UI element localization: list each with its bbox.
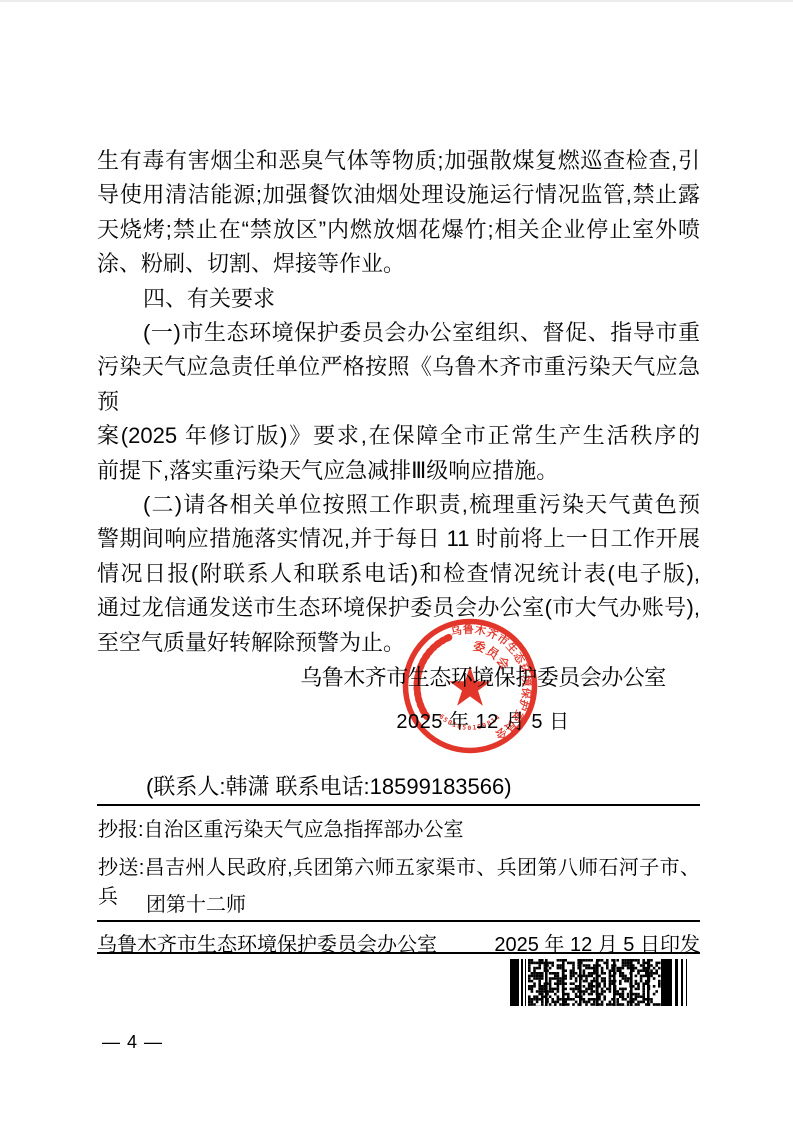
signature-org: 乌鲁木齐市生态环境保护委员会办公室 [297, 661, 669, 692]
chaobao-line: 抄报:自治区重污染天气应急指挥部办公室 [98, 813, 700, 842]
signature-date: 2025 年 12 月 5 日 [297, 705, 669, 734]
page-number: — 4 — [102, 1032, 163, 1053]
page-top-edge [0, 0, 793, 2]
document-body: 生有毒有害烟尘和恶臭气体等物质;加强散煤复燃巡查检查,引 导使用清洁能源;加强餐… [97, 144, 700, 660]
body-line: (一)市生态环境保护委员会办公室组织、督促、指导市重 [97, 316, 700, 350]
body-line: 警期间响应措施落实情况,并于每日 11 时前将上一日工作开展 [97, 522, 700, 556]
body-line: 污染天气应急责任单位严格按照《乌鲁木齐市重污染天气应急预 [97, 350, 700, 419]
body-line: 通过龙信通发送市生态环境保护委员会办公室(市大气办账号), [97, 591, 700, 625]
body-line: 天烧烤;禁止在“禁放区”内燃放烟花爆竹;相关企业停止室外喷 [97, 213, 700, 247]
body-line: 涂、粉刷、切割、焊接等作业。 [97, 247, 700, 281]
barcode [510, 959, 692, 1006]
chaosong-line-continued: 团第十二师 [146, 888, 748, 917]
divider-rule-bottom [97, 952, 700, 954]
barcode-graphic [510, 959, 692, 1006]
body-line: (二)请各相关单位按照工作职责,梳理重污染天气黄色预 [97, 488, 700, 522]
body-line: 前提下,落实重污染天气应急减排Ⅲ级响应措施。 [97, 454, 700, 488]
body-line: 导使用清洁能源;加强餐饮油烟处理设施运行情况监管,禁止露 [97, 178, 700, 212]
body-line: 生有毒有害烟尘和恶臭气体等物质;加强散煤复燃巡查检查,引 [97, 144, 700, 178]
body-line-section-heading: 四、有关要求 [97, 282, 700, 316]
body-line: 案(2025 年修订版)》要求,在保障全市正常生产生活秩序的 [97, 419, 700, 453]
body-line: 情况日报(附联系人和联系电话)和检查情况统计表(电子版), [97, 557, 700, 591]
divider-rule-top [97, 804, 700, 806]
contact-line: (联系人:韩潇 联系电话:18599183566) [146, 770, 512, 801]
divider-rule-middle [97, 920, 700, 922]
body-line: 至空气质量好转解除预警为止。 [97, 626, 700, 660]
signature-block: 乌鲁木齐市生态环境保护委员会办公室 2025 年 12 月 5 日 [297, 661, 669, 734]
